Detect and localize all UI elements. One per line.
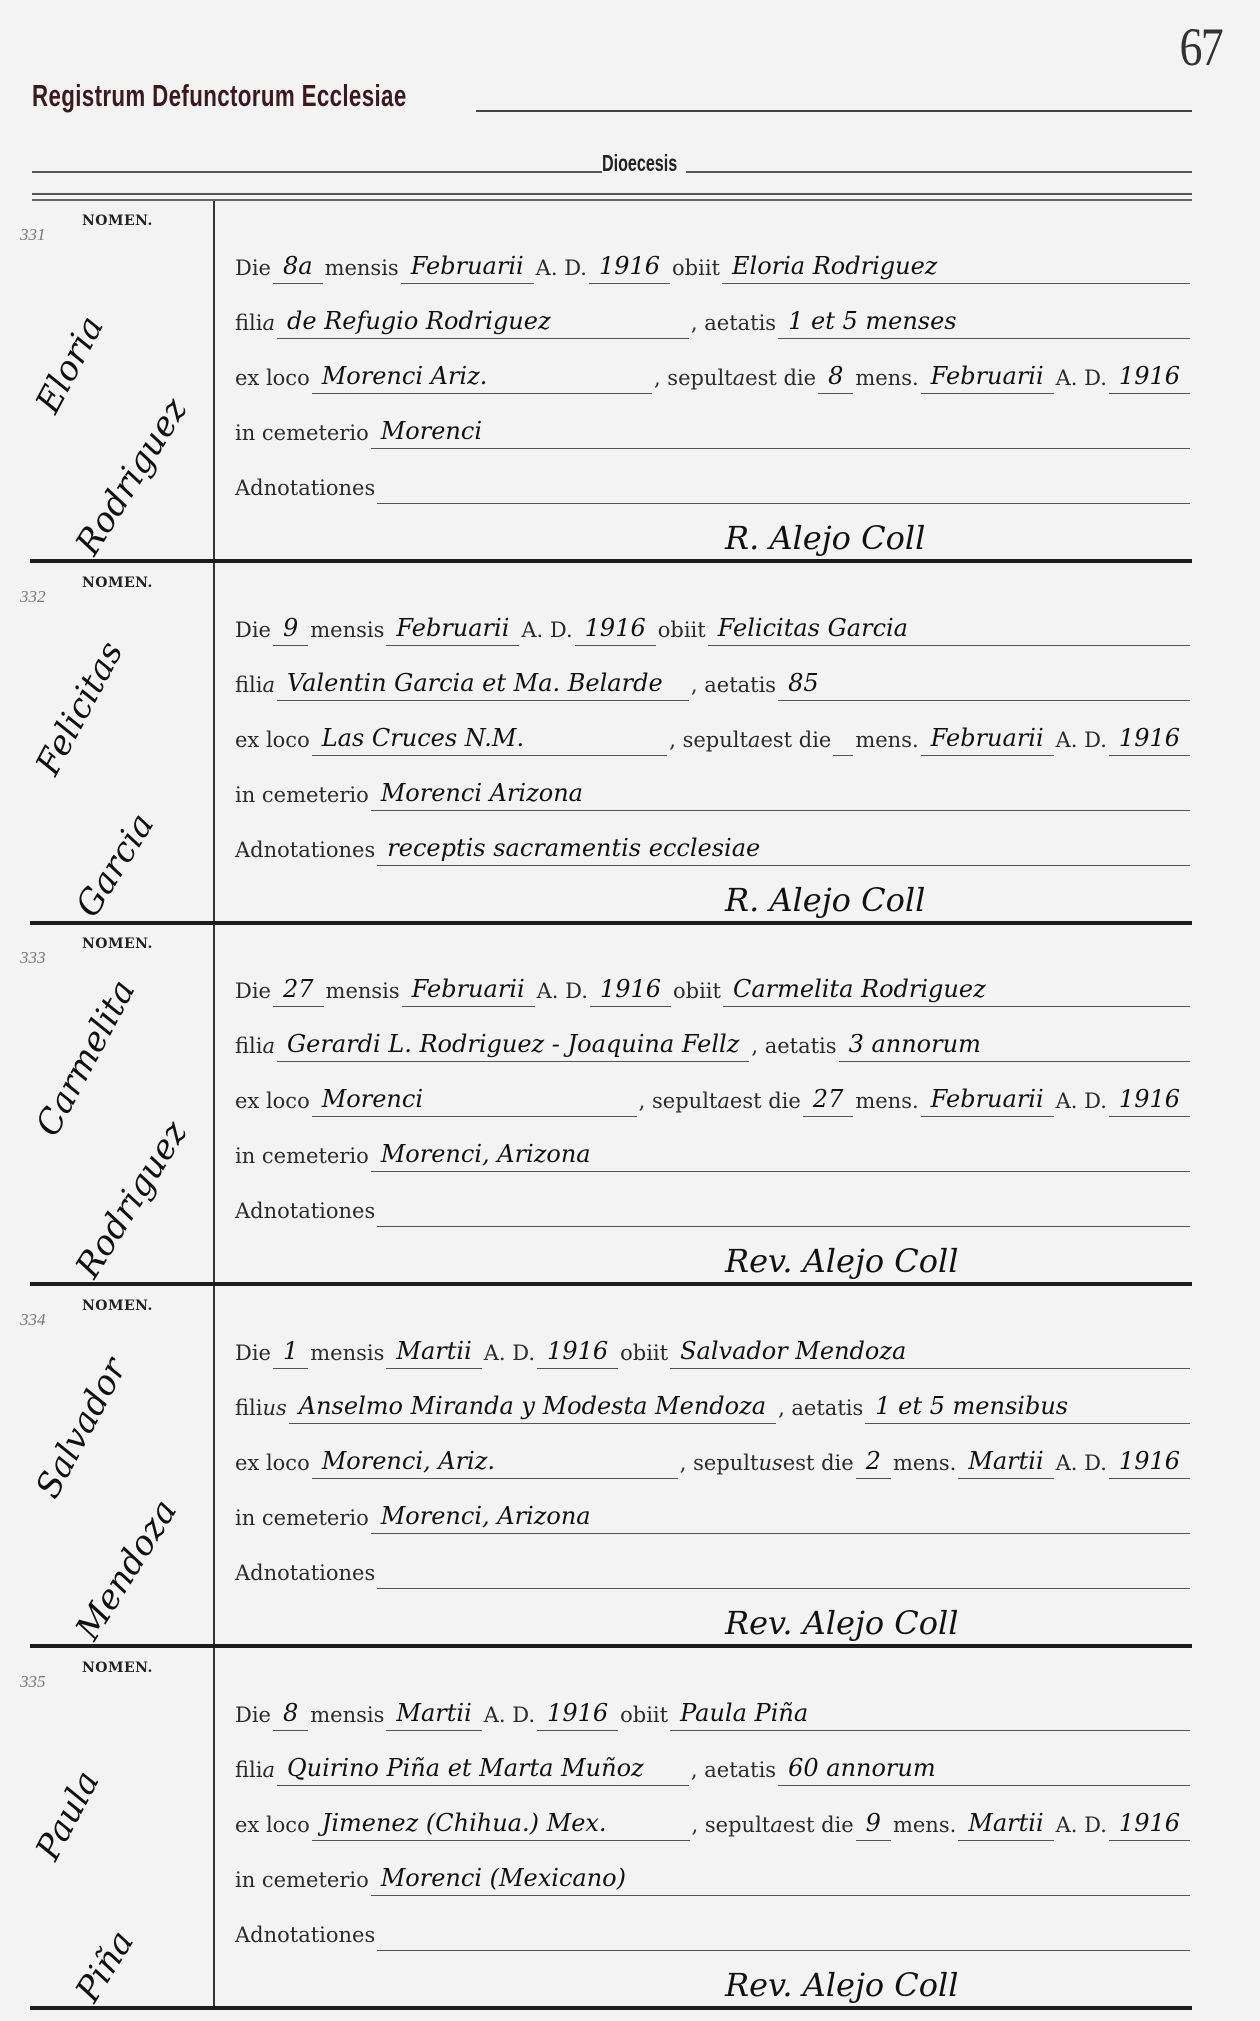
margin-last-name: Rodriguez bbox=[68, 391, 196, 562]
mens-label: mens. bbox=[855, 728, 918, 756]
cemetery-name: Morenci, Arizona bbox=[371, 1502, 1190, 1534]
margin-name: Eloria Rodriguez bbox=[28, 271, 208, 531]
death-month: Februarii bbox=[402, 975, 535, 1007]
diocese-label: Dioecesis bbox=[602, 150, 677, 177]
column-divider bbox=[213, 924, 215, 1282]
death-day: 9 bbox=[273, 614, 308, 646]
ad-label: A. D. bbox=[521, 618, 572, 646]
ad-label-2: A. D. bbox=[1056, 366, 1107, 394]
parents-line: filia Quirino Piña et Marta Muñoz , aeta… bbox=[235, 1731, 1192, 1786]
burial-line: ex loco Jimenez (Chihua.) Mex. , sepulta… bbox=[235, 1786, 1192, 1841]
parents-names: Gerardi L. Rodriguez - Joaquina Fellz bbox=[277, 1030, 749, 1062]
header-rule bbox=[32, 193, 1192, 195]
annotations-label: Adnotationes bbox=[235, 838, 375, 866]
annotations-label: Adnotationes bbox=[235, 476, 375, 504]
margin-last-name: Rodriguez bbox=[68, 1114, 196, 1285]
burial-month: Martii bbox=[958, 1447, 1053, 1479]
annotations-line: Adnotationes receptis sacramentis eccles… bbox=[235, 811, 1192, 866]
death-year: 1916 bbox=[575, 614, 656, 646]
fili-label: filia bbox=[235, 311, 275, 339]
fili-label: filius bbox=[235, 1396, 287, 1424]
parents-names: de Refugio Rodriguez bbox=[277, 307, 689, 339]
burial-entry: 331 NOMEN. Eloria Rodriguez Die 8a mensi… bbox=[20, 201, 1192, 563]
cemetery-name: Morenci bbox=[371, 417, 1190, 449]
age: 3 annorum bbox=[839, 1030, 1190, 1062]
cemetery-line: in cemeterio Morenci, Arizona bbox=[235, 1117, 1192, 1172]
burial-entry: 334 NOMEN. Salvador Mendoza Die 1 mensis… bbox=[20, 1286, 1192, 1648]
annotations-line: Adnotationes bbox=[235, 1896, 1192, 1951]
ex-loco-label: ex loco bbox=[235, 1089, 310, 1117]
signature-line: R. Alejo Coll bbox=[235, 504, 1192, 564]
burial-year: 1916 bbox=[1109, 362, 1190, 394]
ad-label-2: A. D. bbox=[1056, 1451, 1107, 1479]
ex-loco-label: ex loco bbox=[235, 728, 310, 756]
ad-label: A. D. bbox=[537, 979, 588, 1007]
column-divider bbox=[213, 1648, 215, 2006]
mens-label: mens. bbox=[855, 366, 918, 394]
burial-month: Februarii bbox=[921, 362, 1054, 394]
cemetery-line: in cemeterio Morenci bbox=[235, 394, 1192, 449]
death-line: Die 8a mensis Februarii A. D. 1916 obiit… bbox=[235, 229, 1192, 284]
death-year: 1916 bbox=[537, 1337, 618, 1369]
parents-line: filius Anselmo Miranda y Modesta Mendoza… bbox=[235, 1369, 1192, 1424]
death-month: Februarii bbox=[386, 614, 519, 646]
cemetery-name: Morenci Arizona bbox=[371, 779, 1190, 811]
est-die-label: est die bbox=[745, 366, 816, 394]
register-title: Registrum Defunctorum Ecclesiae bbox=[32, 78, 407, 114]
signature-line: Rev. Alejo Coll bbox=[235, 1227, 1192, 1287]
aetatis-label: , aetatis bbox=[778, 1396, 863, 1424]
annotations-line: Adnotationes bbox=[235, 449, 1192, 504]
burial-day: 2 bbox=[856, 1447, 891, 1479]
margin-first-name: Salvador bbox=[28, 1351, 135, 1504]
nomen-label: NOMEN. bbox=[82, 213, 153, 229]
est-die-label: est die bbox=[760, 728, 831, 756]
die-label: Die bbox=[235, 1341, 271, 1369]
ad-label: A. D. bbox=[484, 1703, 535, 1731]
aetatis-label: , aetatis bbox=[691, 311, 776, 339]
margin-first-name: Paula bbox=[28, 1764, 108, 1866]
mens-label: mens. bbox=[855, 1089, 918, 1117]
burial-entry: 335 NOMEN. Paula Piña Die 8 mensis Marti… bbox=[20, 1648, 1192, 2010]
obiit-label: obiit bbox=[620, 1703, 668, 1731]
obiit-label: obiit bbox=[658, 618, 706, 646]
deceased-name: Felicitas Garcia bbox=[708, 614, 1190, 646]
death-month: Martii bbox=[386, 1699, 481, 1731]
obiit-label: obiit bbox=[672, 256, 720, 284]
aetatis-label: , aetatis bbox=[691, 1758, 776, 1786]
cemetery-line: in cemeterio Morenci, Arizona bbox=[235, 1479, 1192, 1534]
die-label: Die bbox=[235, 256, 271, 284]
obiit-label: obiit bbox=[620, 1341, 668, 1369]
death-day: 8 bbox=[273, 1699, 308, 1731]
entry-lines: Die 27 mensis Februarii A. D. 1916 obiit… bbox=[235, 952, 1192, 1287]
margin-name: Carmelita Rodriguez bbox=[28, 994, 208, 1254]
entry-number: 334 bbox=[20, 1310, 46, 1330]
fili-label: filia bbox=[235, 1034, 275, 1062]
age: 60 annorum bbox=[778, 1754, 1190, 1786]
annotations-label: Adnotationes bbox=[235, 1923, 375, 1951]
death-month: Februarii bbox=[401, 252, 534, 284]
fili-label: filia bbox=[235, 1758, 275, 1786]
margin-first-name: Felicitas bbox=[28, 635, 131, 782]
age: 1 et 5 menses bbox=[778, 307, 1190, 339]
priest-signature: Rev. Alejo Coll bbox=[705, 1604, 1192, 1645]
est-die-label: est die bbox=[783, 1451, 854, 1479]
aetatis-label: , aetatis bbox=[751, 1034, 836, 1062]
burial-day: 9 bbox=[856, 1809, 891, 1841]
mensis-label: mensis bbox=[326, 979, 400, 1007]
parents-names: Valentin Garcia et Ma. Belarde bbox=[277, 669, 689, 701]
deceased-name: Carmelita Rodriguez bbox=[723, 975, 1190, 1007]
burial-day: 8 bbox=[818, 362, 853, 394]
burial-year: 1916 bbox=[1109, 1085, 1190, 1117]
cemetery-label: in cemeterio bbox=[235, 1868, 369, 1896]
est-die-label: est die bbox=[783, 1813, 854, 1841]
diocese-rule-right bbox=[686, 171, 1192, 173]
deceased-name: Salvador Mendoza bbox=[670, 1337, 1190, 1369]
sepult-label: , sepulta bbox=[669, 728, 760, 756]
burial-month: Februarii bbox=[921, 1085, 1054, 1117]
margin-first-name: Eloria bbox=[28, 310, 112, 420]
mensis-label: mensis bbox=[310, 618, 384, 646]
entry-lines: Die 8 mensis Martii A. D. 1916 obiit Pau… bbox=[235, 1676, 1192, 2011]
ex-loco-label: ex loco bbox=[235, 1813, 310, 1841]
death-line: Die 1 mensis Martii A. D. 1916 obiit Sal… bbox=[235, 1314, 1192, 1369]
cemetery-name: Morenci (Mexicano) bbox=[371, 1864, 1190, 1896]
burial-year: 1916 bbox=[1109, 1809, 1190, 1841]
nomen-label: NOMEN. bbox=[82, 1660, 153, 1676]
death-day: 1 bbox=[273, 1337, 308, 1369]
burial-month: Februarii bbox=[921, 724, 1054, 756]
burial-year: 1916 bbox=[1109, 724, 1190, 756]
entry-number: 331 bbox=[20, 225, 46, 245]
sepult-label: , sepulta bbox=[639, 1089, 730, 1117]
parents-names: Anselmo Miranda y Modesta Mendoza bbox=[289, 1392, 776, 1424]
aetatis-label: , aetatis bbox=[691, 673, 776, 701]
parents-line: filia Valentin Garcia et Ma. Belarde , a… bbox=[235, 646, 1192, 701]
burial-line: ex loco Morenci Ariz. , sepulta est die … bbox=[235, 339, 1192, 394]
margin-last-name: Mendoza bbox=[68, 1493, 185, 1648]
nomen-label: NOMEN. bbox=[82, 1298, 153, 1314]
entry-number: 333 bbox=[20, 948, 46, 968]
parents-names: Quirino Piña et Marta Muñoz bbox=[277, 1754, 689, 1786]
priest-signature: R. Alejo Coll bbox=[705, 519, 1192, 560]
origin-place: Morenci, Ariz. bbox=[312, 1447, 678, 1479]
margin-name: Salvador Mendoza bbox=[28, 1356, 208, 1616]
annotations-line: Adnotationes bbox=[235, 1534, 1192, 1589]
cemetery-label: in cemeterio bbox=[235, 1506, 369, 1534]
annotations-text: receptis sacramentis ecclesiae bbox=[377, 834, 1190, 866]
origin-place: Morenci Ariz. bbox=[312, 362, 652, 394]
page-number: 67 bbox=[1180, 16, 1223, 78]
deceased-name: Eloria Rodriguez bbox=[722, 252, 1190, 284]
die-label: Die bbox=[235, 1703, 271, 1731]
mens-label: mens. bbox=[893, 1813, 956, 1841]
mensis-label: mensis bbox=[325, 256, 399, 284]
entry-number: 335 bbox=[20, 1672, 46, 1692]
signature-line: R. Alejo Coll bbox=[235, 866, 1192, 926]
ad-label: A. D. bbox=[536, 256, 587, 284]
column-divider bbox=[213, 201, 215, 559]
death-day: 8a bbox=[273, 252, 323, 284]
mensis-label: mensis bbox=[310, 1341, 384, 1369]
margin-last-name: Piña bbox=[68, 1924, 142, 2010]
annotations-label: Adnotationes bbox=[235, 1199, 375, 1227]
annotations-label: Adnotationes bbox=[235, 1561, 375, 1589]
burial-line: ex loco Las Cruces N.M. , sepulta est di… bbox=[235, 701, 1192, 756]
priest-signature: Rev. Alejo Coll bbox=[705, 1966, 1192, 2007]
cemetery-line: in cemeterio Morenci (Mexicano) bbox=[235, 1841, 1192, 1896]
sepult-label: , sepulta bbox=[692, 1813, 783, 1841]
nomen-label: NOMEN. bbox=[82, 575, 153, 591]
cemetery-label: in cemeterio bbox=[235, 783, 369, 811]
age: 85 bbox=[778, 669, 1190, 701]
est-die-label: est die bbox=[730, 1089, 801, 1117]
margin-last-name: Garcia bbox=[68, 806, 162, 924]
margin-name: Felicitas Garcia bbox=[28, 633, 208, 893]
origin-place: Morenci bbox=[312, 1085, 637, 1117]
ad-label: A. D. bbox=[484, 1341, 535, 1369]
title-rule bbox=[476, 110, 1192, 112]
entry-number: 332 bbox=[20, 587, 46, 607]
age: 1 et 5 mensibus bbox=[865, 1392, 1190, 1424]
ad-label-2: A. D. bbox=[1056, 1813, 1107, 1841]
burial-entry: 333 NOMEN. Carmelita Rodriguez Die 27 me… bbox=[20, 924, 1192, 1286]
burial-month: Martii bbox=[958, 1809, 1053, 1841]
mens-label: mens. bbox=[893, 1451, 956, 1479]
cemetery-label: in cemeterio bbox=[235, 421, 369, 449]
burial-line: ex loco Morenci, Ariz. , sepultus est di… bbox=[235, 1424, 1192, 1479]
deceased-name: Paula Piña bbox=[670, 1699, 1190, 1731]
entry-lines: Die 9 mensis Februarii A. D. 1916 obiit … bbox=[235, 591, 1192, 926]
ad-label-2: A. D. bbox=[1056, 728, 1107, 756]
fili-label: filia bbox=[235, 673, 275, 701]
death-year: 1916 bbox=[537, 1699, 618, 1731]
nomen-label: NOMEN. bbox=[82, 936, 153, 952]
die-label: Die bbox=[235, 618, 271, 646]
column-divider bbox=[213, 1286, 215, 1644]
diocese-rule-left bbox=[32, 171, 602, 173]
parents-line: filia Gerardi L. Rodriguez - Joaquina Fe… bbox=[235, 1007, 1192, 1062]
burial-year: 1916 bbox=[1109, 1447, 1190, 1479]
death-year: 1916 bbox=[590, 975, 671, 1007]
origin-place: Las Cruces N.M. bbox=[312, 724, 668, 756]
death-line: Die 27 mensis Februarii A. D. 1916 obiit… bbox=[235, 952, 1192, 1007]
entry-lines: Die 1 mensis Martii A. D. 1916 obiit Sal… bbox=[235, 1314, 1192, 1649]
cemetery-line: in cemeterio Morenci Arizona bbox=[235, 756, 1192, 811]
death-month: Martii bbox=[386, 1337, 481, 1369]
signature-line: Rev. Alejo Coll bbox=[235, 1589, 1192, 1649]
parents-line: filia de Refugio Rodriguez , aetatis 1 e… bbox=[235, 284, 1192, 339]
death-line: Die 8 mensis Martii A. D. 1916 obiit Pau… bbox=[235, 1676, 1192, 1731]
cemetery-name: Morenci, Arizona bbox=[371, 1140, 1190, 1172]
burial-line: ex loco Morenci , sepulta est die 27 men… bbox=[235, 1062, 1192, 1117]
entry-lines: Die 8a mensis Februarii A. D. 1916 obiit… bbox=[235, 229, 1192, 564]
sepult-label: , sepultus bbox=[680, 1451, 783, 1479]
margin-first-name: Carmelita bbox=[28, 973, 143, 1142]
death-day: 27 bbox=[273, 975, 324, 1007]
ex-loco-label: ex loco bbox=[235, 366, 310, 394]
death-year: 1916 bbox=[589, 252, 670, 284]
priest-signature: Rev. Alejo Coll bbox=[705, 1242, 1192, 1283]
margin-name: Paula Piña bbox=[28, 1718, 208, 1978]
column-divider bbox=[213, 563, 215, 921]
sepult-label: , sepulta bbox=[654, 366, 745, 394]
signature-line: Rev. Alejo Coll bbox=[235, 1951, 1192, 2011]
ex-loco-label: ex loco bbox=[235, 1451, 310, 1479]
burial-day: 27 bbox=[803, 1085, 854, 1117]
obiit-label: obiit bbox=[673, 979, 721, 1007]
annotations-line: Adnotationes bbox=[235, 1172, 1192, 1227]
die-label: Die bbox=[235, 979, 271, 1007]
mensis-label: mensis bbox=[310, 1703, 384, 1731]
origin-place: Jimenez (Chihua.) Mex. bbox=[312, 1809, 690, 1841]
burial-entry: 332 NOMEN. Felicitas Garcia Die 9 mensis… bbox=[20, 563, 1192, 925]
entry-separator bbox=[30, 2006, 1192, 2010]
death-line: Die 9 mensis Februarii A. D. 1916 obiit … bbox=[235, 591, 1192, 646]
ad-label-2: A. D. bbox=[1056, 1089, 1107, 1117]
priest-signature: R. Alejo Coll bbox=[705, 881, 1192, 922]
cemetery-label: in cemeterio bbox=[235, 1144, 369, 1172]
